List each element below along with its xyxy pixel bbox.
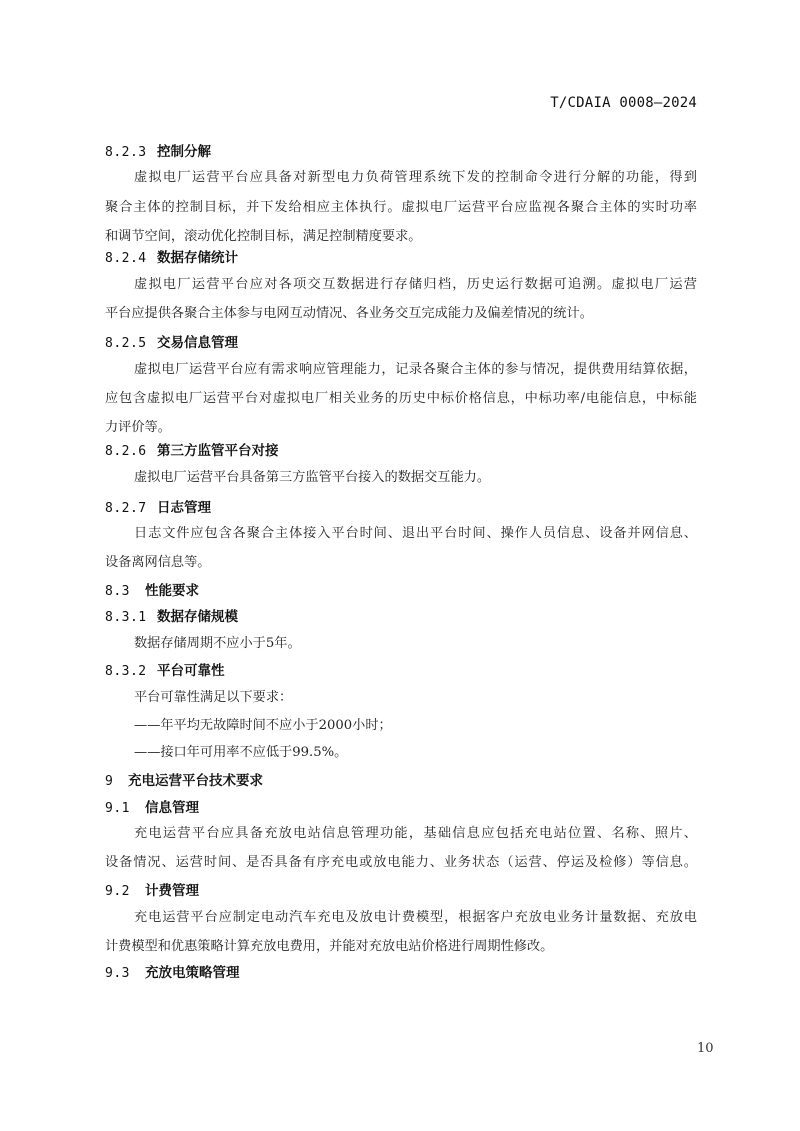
section-number: 9	[105, 773, 128, 791]
section-number: 8.2.3	[105, 144, 157, 162]
list-item-dash: ——年平均无故障时间不应小于2000小时；	[134, 717, 392, 735]
section-heading-9-2: 9.2计费管理	[105, 882, 199, 901]
paragraph-line: 聚合主体的控制目标，并下发给相应主体执行。虚拟电厂运营平台应监视各聚合主体的实时…	[105, 199, 697, 217]
paragraph-line: 虚拟电厂运营平台具备第三方监管平台接入的数据交互能力。	[134, 469, 490, 487]
document-page: T/CDAIA 0008—2024 8.2.3控制分解 虚拟电厂运营平台应具备对…	[0, 0, 800, 1131]
list-item-dash: ——接口年可用率不应低于99.5%。	[134, 744, 347, 762]
section-title: 信息管理	[145, 800, 199, 816]
section-number: 8.2.4	[105, 250, 157, 268]
paragraph-line: 虚拟电厂运营平台应具备对新型电力负荷管理系统下发的控制命令进行分解的功能，得到	[134, 169, 697, 187]
paragraph-line: 数据存储周期不应小于5年。	[134, 635, 301, 653]
section-number: 8.2.7	[105, 500, 157, 518]
standard-code-header: T/CDAIA 0008—2024	[550, 95, 697, 111]
section-number: 9.2	[105, 883, 145, 901]
paragraph-line: 虚拟电厂运营平台应有需求响应管理能力，记录各聚合主体的参与情况，提供费用结算依据…	[134, 361, 697, 379]
paragraph-line: 应包含虚拟电厂运营平台对虚拟电厂相关业务的历史中标价格信息，中标功率/电能信息，…	[105, 390, 697, 408]
section-number: 8.3	[105, 583, 145, 601]
paragraph-line: 计费模型和优惠策略计算充放电费用，并能对充放电站价格进行周期性修改。	[105, 938, 553, 956]
paragraph-line: 设备情况、运营时间、是否具备有序充电或放电能力、业务状态（运营、停运及检修）等信…	[105, 854, 697, 872]
section-number: 8.2.6	[105, 443, 157, 461]
section-heading-8-2-3: 8.2.3控制分解	[105, 143, 211, 162]
section-title: 平台可靠性	[157, 663, 225, 679]
section-number: 9.3	[105, 965, 145, 983]
section-title: 数据存储统计	[157, 250, 238, 266]
section-heading-8-2-4: 8.2.4数据存储统计	[105, 249, 238, 268]
paragraph-line: 平台应提供各聚合主体参与电网互动情况、各业务交互完成能力及偏差情况的统计。	[105, 305, 593, 323]
paragraph-line: 虚拟电厂运营平台应对各项交互数据进行存储归档，历史运行数据可追溯。虚拟电厂运营	[134, 276, 697, 294]
section-title: 计费管理	[145, 883, 199, 899]
section-title: 控制分解	[157, 144, 211, 160]
section-number: 8.3.1	[105, 609, 157, 627]
section-heading-9-3: 9.3充放电策略管理	[105, 964, 240, 983]
section-heading-9: 9充电运营平台技术要求	[105, 772, 263, 791]
section-title: 日志管理	[157, 500, 211, 516]
paragraph-line: 日志文件应包含各聚合主体接入平台时间、退出平台时间、操作人员信息、设备并网信息、	[134, 525, 697, 543]
page-number: 10	[697, 1041, 714, 1056]
paragraph-line: 充电运营平台应具备充放电站信息管理功能，基础信息应包括充电站位置、名称、照片、	[134, 825, 697, 843]
section-title: 数据存储规模	[157, 609, 238, 625]
section-heading-8-2-7: 8.2.7日志管理	[105, 499, 211, 518]
section-number: 8.3.2	[105, 663, 157, 681]
section-number: 8.2.5	[105, 335, 157, 353]
section-title: 充电运营平台技术要求	[128, 773, 263, 789]
paragraph-line: 和调节空间，滚动优化控制目标，满足控制精度要求。	[105, 228, 422, 246]
paragraph-line: 充电运营平台应制定电动汽车充电及放电计费模型，根据客户充放电业务计量数据、充放电	[134, 909, 697, 927]
section-title: 交易信息管理	[157, 335, 238, 351]
section-title: 第三方监管平台对接	[157, 443, 279, 459]
section-heading-8-3-1: 8.3.1数据存储规模	[105, 608, 238, 627]
section-heading-8-2-5: 8.2.5交易信息管理	[105, 334, 238, 353]
paragraph-line: 设备离网信息等。	[105, 554, 211, 572]
paragraph-line: 平台可靠性满足以下要求：	[134, 689, 292, 707]
section-title: 性能要求	[145, 583, 199, 599]
paragraph-line: 力评价等。	[105, 419, 171, 437]
section-number: 9.1	[105, 800, 145, 818]
section-heading-8-3-2: 8.3.2平台可靠性	[105, 662, 225, 681]
section-heading-8-3: 8.3性能要求	[105, 582, 199, 601]
section-heading-8-2-6: 8.2.6第三方监管平台对接	[105, 442, 279, 461]
section-heading-9-1: 9.1信息管理	[105, 799, 199, 818]
section-title: 充放电策略管理	[145, 965, 240, 981]
